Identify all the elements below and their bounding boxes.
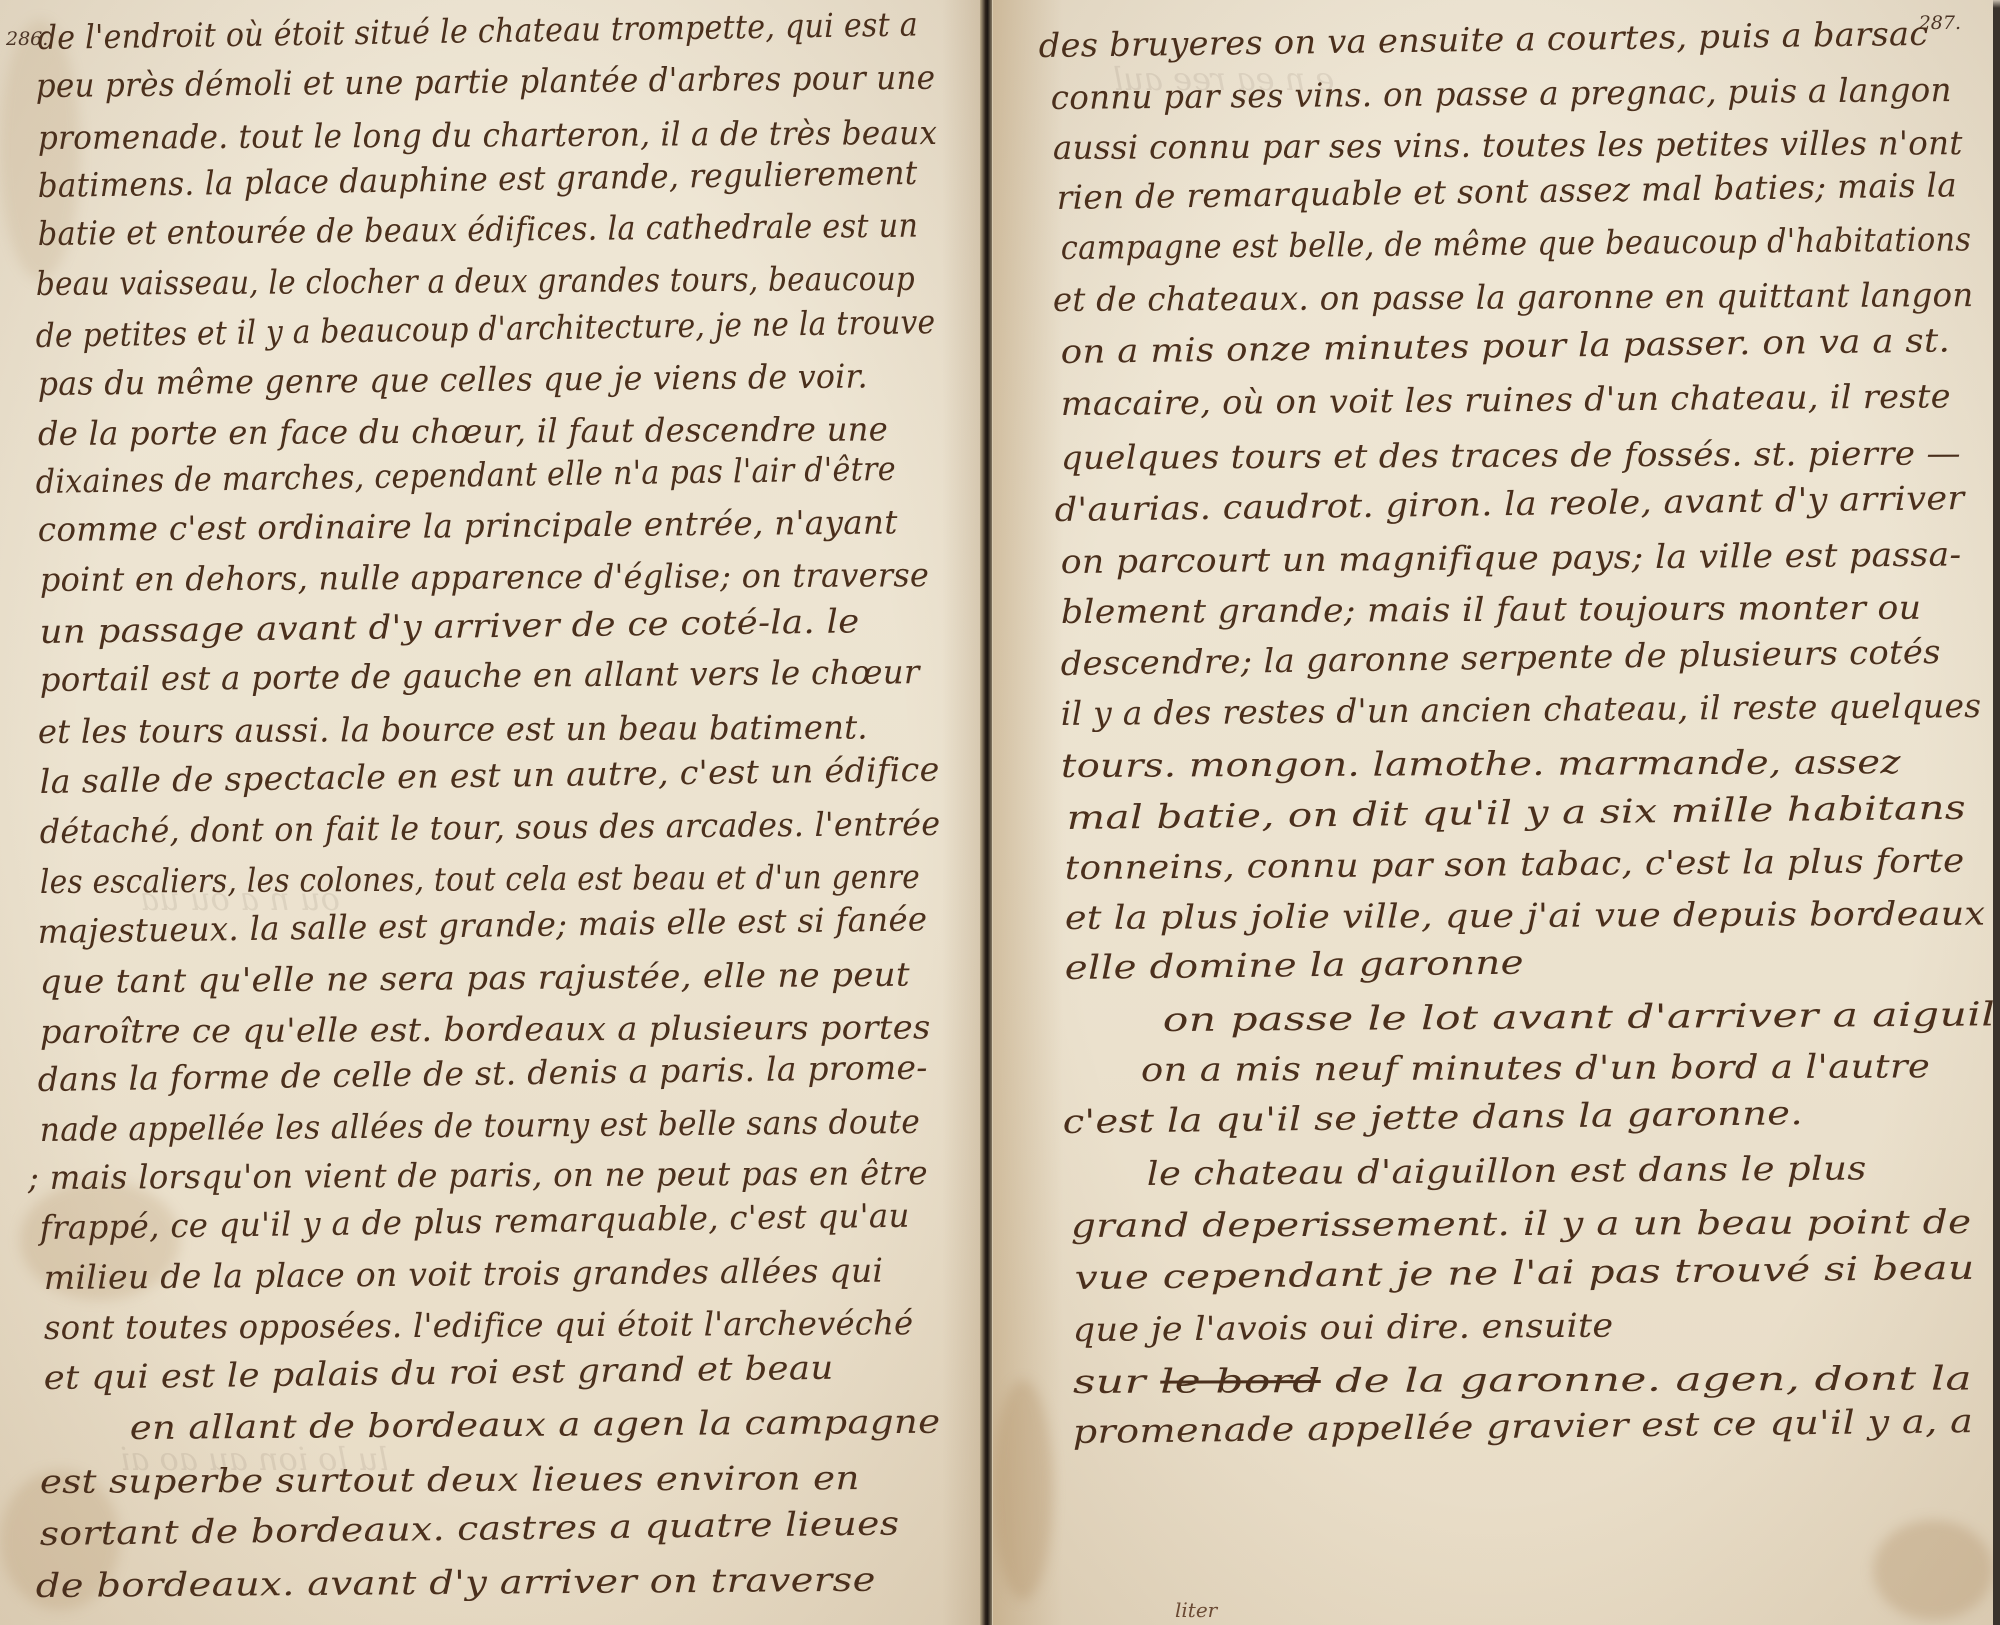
manuscript-line: on parcourt un magnifique pays; la ville…	[1061, 535, 1962, 581]
struck-through-text: le bord	[1160, 1361, 1321, 1401]
manuscript-line: que tant qu'elle ne sera pas rajustée, e…	[40, 955, 910, 1001]
manuscript-line: on a mis onze minutes pour la passer. on…	[1060, 320, 1950, 371]
manuscript-line: de bordeaux. avant d'y arriver on traver…	[36, 1560, 876, 1605]
manuscript-line: batie et entourée de beaux édifices. la …	[38, 206, 919, 253]
manuscript-line: c'est la qu'il se jette dans la garonne.	[1062, 1093, 1803, 1141]
water-stain	[993, 1380, 1053, 1600]
manuscript-line: pas du même genre que celles que je vien…	[38, 356, 868, 403]
manuscript-line: dixaines de marches, cependant elle n'a …	[36, 449, 897, 501]
manuscript-line: connu par ses vins. on passe a pregnac, …	[1051, 70, 1952, 117]
manuscript-line: paroître ce qu'elle est. bordeaux a plus…	[40, 1007, 931, 1051]
manuscript-line: sont toutes opposées. l'edifice qui étoi…	[44, 1303, 914, 1347]
manuscript-line: beau vaisseau, le clocher a deux grandes…	[36, 259, 915, 303]
manuscript-line: la salle de spectacle en est un autre, c…	[39, 750, 939, 801]
manuscript-line: aussi connu par ses vins. toutes les pet…	[1053, 123, 1963, 167]
manuscript-line: macaire, où on voit les ruines d'un chat…	[1061, 376, 1951, 423]
manuscript-line: campagne est belle, de même que beaucoup…	[1061, 219, 1972, 267]
manuscript-line: elle domine la garonne	[1064, 943, 1524, 987]
manuscript-line: comme c'est ordinaire la principale entr…	[38, 502, 898, 549]
manuscript-line: en allant de bordeaux a agen la campagne	[130, 1402, 941, 1447]
manuscript-line: tonneins, connu par son tabac, c'est la …	[1065, 841, 1965, 887]
manuscript-line: il y a des restes d'un ancien chateau, i…	[1061, 686, 1982, 733]
manuscript-line: grand deperissement. il y a un beau poin…	[1071, 1202, 1972, 1245]
manuscript-line: et de chateaux. on passe la garonne en q…	[1053, 275, 1974, 319]
manuscript-line: frappé, ce qu'il y a de plus remarquable…	[39, 1196, 910, 1247]
manuscript-line: des bruyeres on va ensuite a courtes, pu…	[1038, 14, 1928, 65]
manuscript-line: de petites et il y a beaucoup d'architec…	[36, 302, 936, 355]
manuscript-spread: lu lo ion au ao ai ou n a ou ua 286. de …	[0, 0, 2000, 1625]
manuscript-line: détaché, dont on fait le tour, sous des …	[40, 804, 941, 851]
manuscript-line: sur le bord de la garonne. agen, dont la	[1073, 1358, 1972, 1401]
manuscript-line: que je l'avois oui dire. ensuite	[1073, 1306, 1614, 1349]
manuscript-line: rien de remarquable et sont assez mal ba…	[1056, 165, 1957, 217]
manuscript-line: promenade. tout le long du charteron, il…	[38, 113, 938, 157]
manuscript-line: blement grande; mais il faut toujours mo…	[1061, 588, 1922, 631]
manuscript-line: batimens. la place dauphine est grande, …	[37, 153, 917, 205]
manuscript-line: quelques tours et des traces de fossés. …	[1061, 433, 1961, 477]
manuscript-line: dans la forme de celle de st. denis a pa…	[37, 1048, 927, 1099]
manuscript-line: d'aurias. caudrot. giron. la reole, avan…	[1054, 478, 1964, 529]
manuscript-line: nade appellée les allées de tourny est b…	[40, 1102, 920, 1149]
manuscript-line: peu près démoli et une partie plantée d'…	[36, 58, 936, 105]
manuscript-line: point en dehors, nulle apparence d'églis…	[40, 555, 929, 599]
manuscript-line: et qui est le palais du roi est grand et…	[43, 1348, 833, 1397]
manuscript-line: de l'endroit où étoit situé le chateau t…	[38, 5, 919, 57]
manuscript-line: un passage avant d'y arriver de ce coté-…	[39, 601, 859, 651]
manuscript-line: sortant de bordeaux. castres a quatre li…	[39, 1503, 899, 1553]
manuscript-line: portail est a porte de gauche en allant …	[40, 652, 920, 699]
manuscript-line: on a mis neuf minutes d'un bord a l'autr…	[1141, 1046, 1931, 1089]
manuscript-line: est superbe surtout deux lieues environ …	[40, 1458, 860, 1501]
manuscript-line: mal batie, on dit qu'il y a six mille ha…	[1066, 788, 1966, 837]
interlinear-note: liter	[1175, 1598, 1217, 1622]
manuscript-line: promenade appellée gravier est ce qu'il …	[1072, 1401, 1973, 1451]
manuscript-line: les escaliers, les colones, tout cela es…	[40, 857, 920, 901]
manuscript-line: le chateau d'aiguillon est dans le plus	[1147, 1148, 1867, 1193]
manuscript-line: ; mais lorsqu'on vient de paris, on ne p…	[28, 1153, 928, 1197]
left-page: lu lo ion au ao ai ou n a ou ua 286. de …	[0, 0, 983, 1625]
manuscript-line: vue cependant je ne l'ai pas trouvé si b…	[1074, 1248, 1975, 1297]
manuscript-line: et la plus jolie ville, que j'ai vue dep…	[1065, 894, 1986, 937]
manuscript-line: milieu de la place on voit trois grandes…	[44, 1251, 884, 1297]
manuscript-line: tours. mongon. lamothe. marmande, assez	[1061, 742, 1901, 785]
manuscript-line: on passe le lot avant d'arriver a aiguil…	[1163, 994, 1993, 1039]
water-stain	[1873, 1520, 1993, 1620]
manuscript-line: descendre; la garonne serpente de plusie…	[1060, 632, 1941, 683]
manuscript-line: et les tours aussi. la bource est un bea…	[38, 708, 868, 751]
right-page: e n ea ree aul 287. des bruyeres on va e…	[992, 0, 1993, 1625]
manuscript-line: de la porte en face du chœur, il faut de…	[38, 409, 888, 453]
